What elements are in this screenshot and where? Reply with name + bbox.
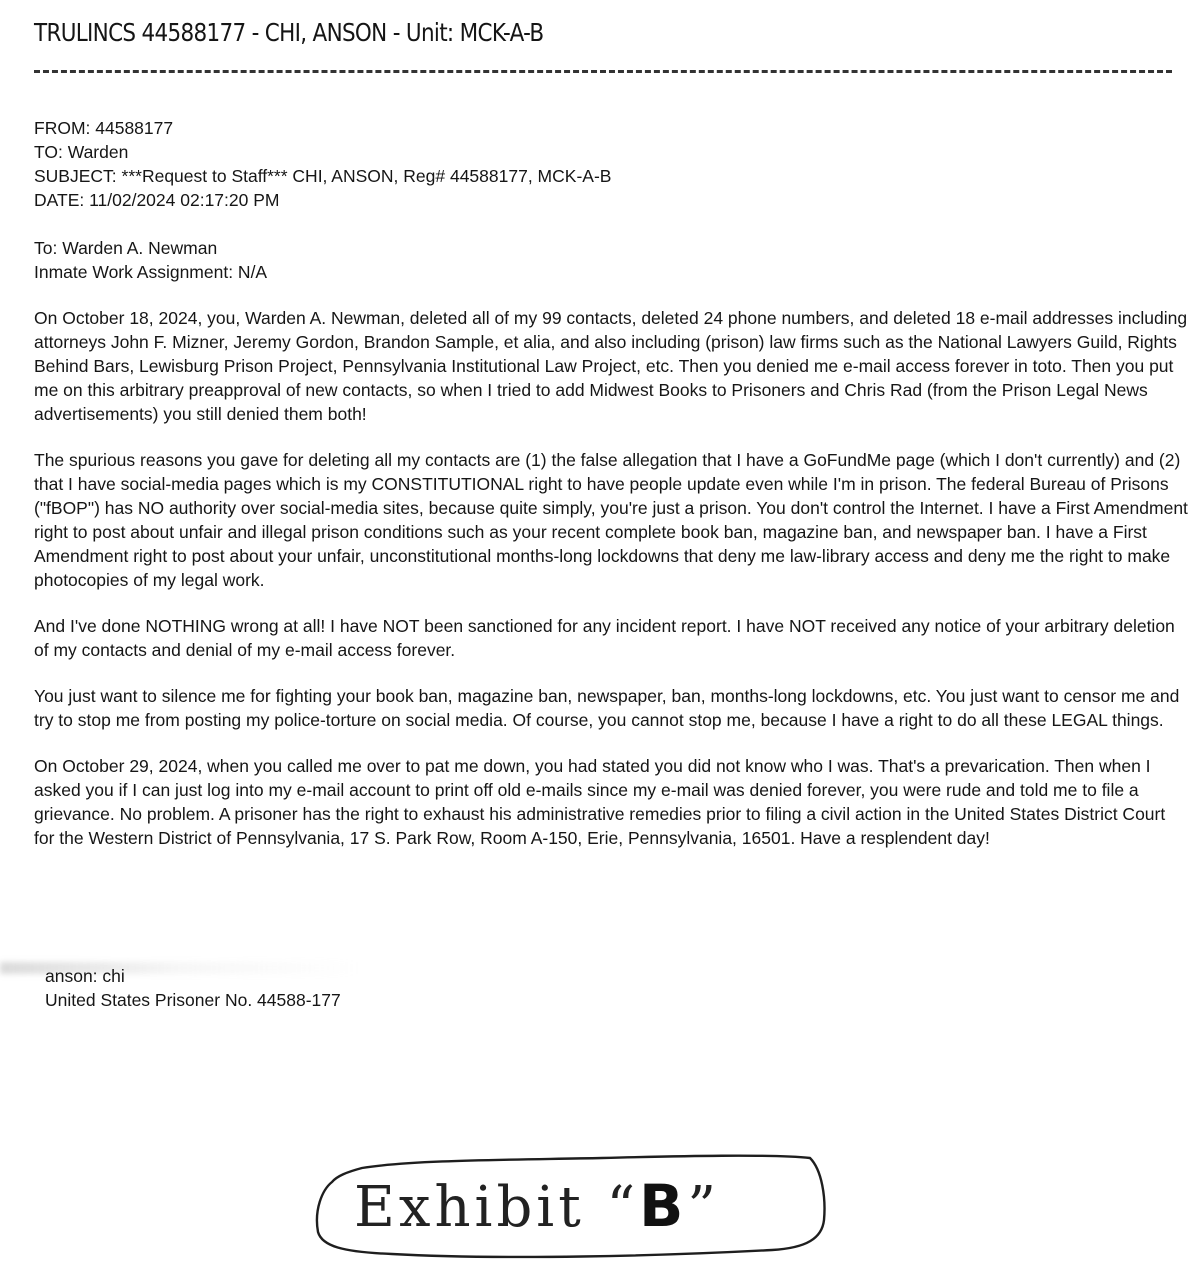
date-line: DATE: 11/02/2024 02:17:20 PM <box>34 188 1189 212</box>
subject-line: SUBJECT: ***Request to Staff*** CHI, ANS… <box>34 164 1189 188</box>
paragraph: And I've done NOTHING wrong at all! I ha… <box>34 614 1189 662</box>
paragraph: On October 29, 2024, when you called me … <box>34 754 1189 850</box>
signature-block: anson: chi United States Prisoner No. 44… <box>45 964 341 1012</box>
paragraph-text: The spurious reasons you gave for deleti… <box>34 448 1189 592</box>
paragraph-text: And I've done NOTHING wrong at all! I ha… <box>34 614 1189 662</box>
exhibit-close-quote: ” <box>687 1175 720 1240</box>
exhibit-stamp: Exhibit “B” <box>302 1150 832 1268</box>
exhibit-open-quote: “ <box>607 1175 640 1240</box>
paragraph: The spurious reasons you gave for deleti… <box>34 448 1189 592</box>
work-assignment-line: Inmate Work Assignment: N/A <box>34 260 1189 284</box>
dashed-divider <box>34 70 1172 73</box>
addressee-block: To: Warden A. Newman Inmate Work Assignm… <box>34 236 1189 284</box>
message-body: FROM: 44588177 TO: Warden SUBJECT: ***Re… <box>34 116 1189 850</box>
message-meta: FROM: 44588177 TO: Warden SUBJECT: ***Re… <box>34 116 1189 212</box>
exhibit-letter: B <box>639 1172 687 1240</box>
paragraph-text: On October 29, 2024, when you called me … <box>34 754 1189 850</box>
from-line: FROM: 44588177 <box>34 116 1189 140</box>
exhibit-word: Exhibit <box>354 1175 585 1240</box>
document-header: TRULINCS 44588177 - CHI, ANSON - Unit: M… <box>34 18 543 47</box>
exhibit-label: Exhibit “B” <box>354 1172 720 1240</box>
paragraph-text: On October 18, 2024, you, Warden A. Newm… <box>34 306 1189 426</box>
signature-name: anson: chi <box>45 964 341 988</box>
prisoner-number: United States Prisoner No. 44588-177 <box>45 988 341 1012</box>
paragraph: On October 18, 2024, you, Warden A. Newm… <box>34 306 1189 426</box>
paragraph-text: You just want to silence me for fighting… <box>34 684 1189 732</box>
paragraph: You just want to silence me for fighting… <box>34 684 1189 732</box>
to-line: TO: Warden <box>34 140 1189 164</box>
addressee-line: To: Warden A. Newman <box>34 236 1189 260</box>
